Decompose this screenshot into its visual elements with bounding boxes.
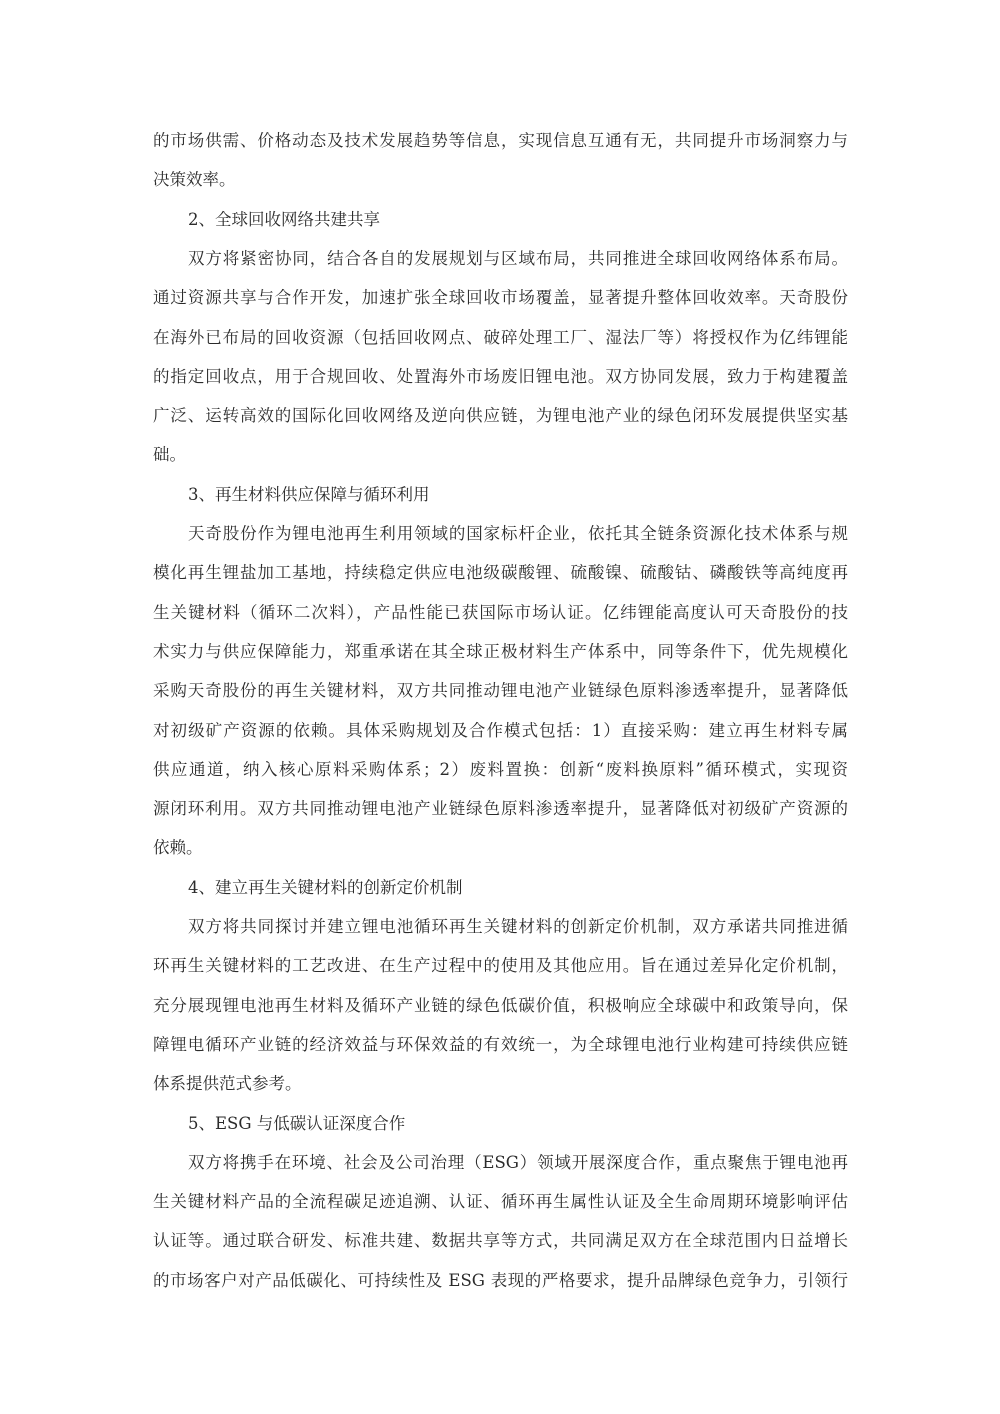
body-line: 障锂电循环产业链的经济效益与环保效益的有效统一，为全球锂电池行业构建可持续供应链 [153,1031,848,1059]
body-line: 的市场供需、价格动态及技术发展趋势等信息，实现信息互通有无，共同提升市场洞察力与 [153,127,848,155]
body-line: 环再生关键材料的工艺改进、在生产过程中的使用及其他应用。旨在通过差异化定价机制， [153,952,848,980]
paragraph-first-line: 双方将携手在环境、社会及公司治理（ESG）领域开展深度合作，重点聚焦于锂电池再 [188,1149,848,1177]
body-line: 的指定回收点，用于合规回收、处置海外市场废旧锂电池。双方协同发展，致力于构建覆盖 [153,363,848,391]
body-line: 认证等。通过联合研发、标准共建、数据共享等方式，共同满足双方在全球范围内日益增长 [153,1227,848,1255]
body-line: 广泛、运转高效的国际化回收网络及逆向供应链，为锂电池产业的绿色闭环发展提供坚实基 [153,402,848,430]
paragraph-first-line: 双方将紧密协同，结合各自的发展规划与区域布局，共同推进全球回收网络体系布局。 [188,245,848,273]
paragraph-first-line: 天奇股份作为锂电池再生利用领域的国家标杆企业，依托其全链条资源化技术体系与规 [188,520,848,548]
body-line: 源闭环利用。双方共同推动锂电池产业链绿色原料渗透率提升，显著降低对初级矿产资源的 [153,795,848,823]
body-line: 生关键材料产品的全流程碳足迹追溯、认证、循环再生属性认证及全生命周期环境影响评估 [153,1188,848,1216]
paragraph-last-line: 础。 [153,441,848,469]
paragraph-first-line: 双方将共同探讨并建立锂电池循环再生关键材料的创新定价机制，双方承诺共同推进循 [188,913,848,941]
paragraph-last-line: 依赖。 [153,834,848,862]
body-line: 对初级矿产资源的依赖。具体采购规划及合作模式包括：1）直接采购：建立再生材料专属 [153,717,848,745]
section-heading: 3、再生材料供应保障与循环利用 [188,481,430,509]
paragraph-last-line: 体系提供范式参考。 [153,1070,848,1098]
section-heading: 2、全球回收网络共建共享 [188,206,380,234]
body-line: 的市场客户对产品低碳化、可持续性及 ESG 表现的严格要求，提升品牌绿色竞争力，… [153,1267,848,1295]
paragraph-last-line: 决策效率。 [153,166,848,194]
body-line: 生关键材料（循环二次料），产品性能已获国际市场认证。亿纬锂能高度认可天奇股份的技 [153,599,848,627]
body-line: 术实力与供应保障能力，郑重承诺在其全球正极材料生产体系中，同等条件下，优先规模化 [153,638,848,666]
section-heading: 4、建立再生关键材料的创新定价机制 [188,874,463,902]
body-line: 充分展现锂电池再生材料及循环产业链的绿色低碳价值，积极响应全球碳中和政策导向，保 [153,992,848,1020]
body-line: 在海外已布局的回收资源（包括回收网点、破碎处理工厂、湿法厂等）将授权作为亿纬锂能 [153,324,848,352]
section-heading: 5、ESG 与低碳认证深度合作 [188,1110,405,1138]
document-page: 的市场供需、价格动态及技术发展趋势等信息，实现信息互通有无，共同提升市场洞察力与… [0,0,1000,1414]
body-line: 供应通道，纳入核心原料采购体系；2）废料置换：创新“废料换原料”循环模式，实现资 [153,756,848,784]
body-line: 模化再生锂盐加工基地，持续稳定供应电池级碳酸锂、硫酸镍、硫酸钴、磷酸铁等高纯度再 [153,559,848,587]
body-line: 通过资源共享与合作开发，加速扩张全球回收市场覆盖，显著提升整体回收效率。天奇股份 [153,284,848,312]
body-line: 采购天奇股份的再生关键材料，双方共同推动锂电池产业链绿色原料渗透率提升，显著降低 [153,677,848,705]
